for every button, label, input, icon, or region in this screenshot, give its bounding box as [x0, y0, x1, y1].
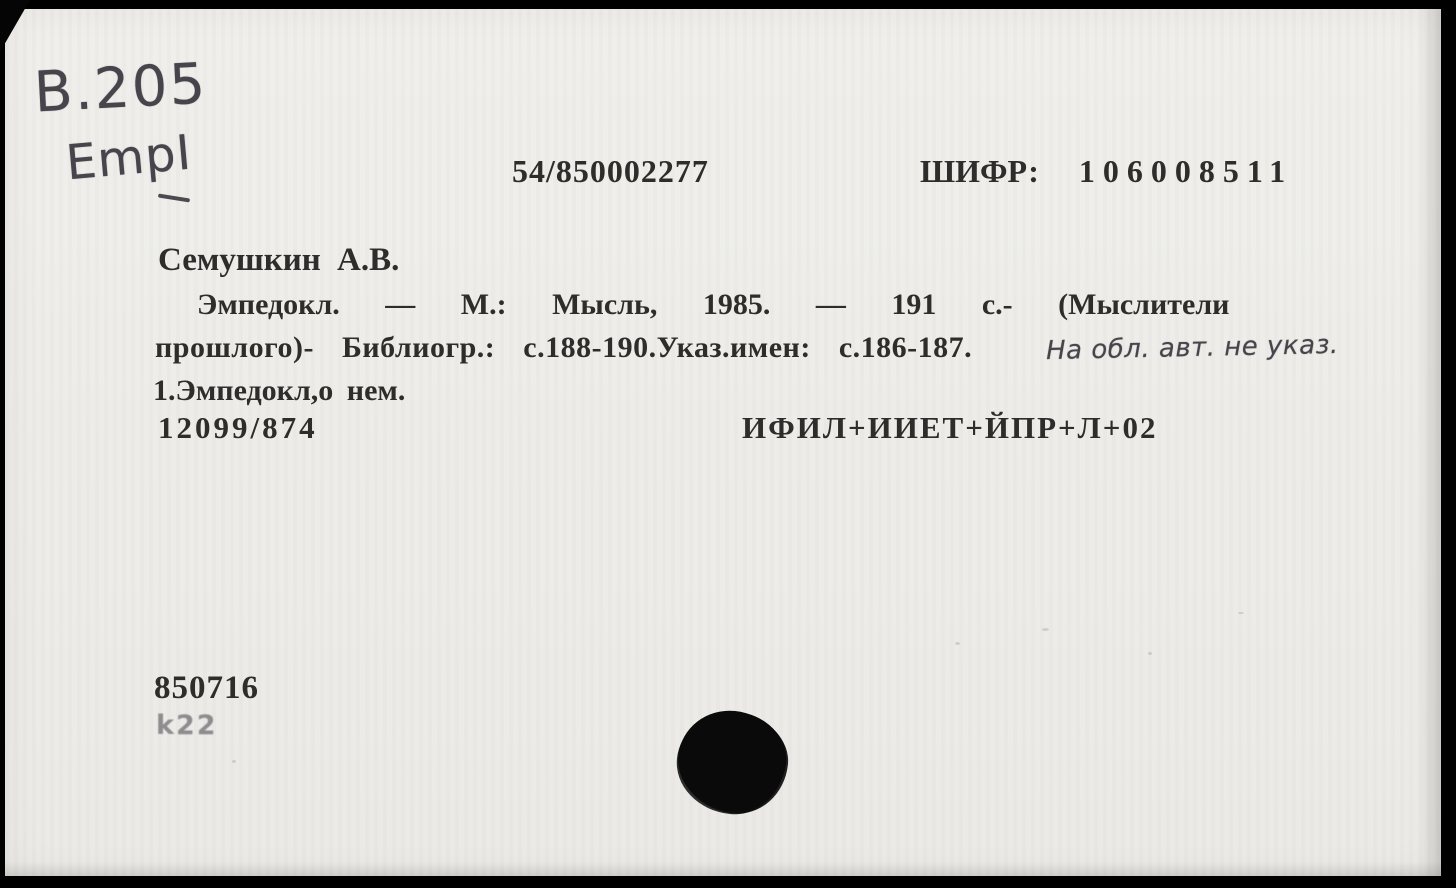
- cipher-row: ШИФР: 106008511: [920, 153, 1293, 190]
- order-number: 12099/874: [158, 410, 318, 446]
- description-line-2: прошлого)- Библиогр.: с.188-190.Указ.име…: [155, 331, 972, 365]
- author-heading: Семушкин А.В.: [158, 242, 399, 279]
- batch-code: k22: [156, 710, 218, 741]
- card-edge-shadow-bottom: [5, 862, 1441, 876]
- description-line-1: Эмпедокл. — М.: Мысль, 1985. — 191 с.- (…: [197, 288, 1229, 322]
- subject-entry: 1.Эмпедокл,о нем.: [153, 374, 405, 408]
- date-stamp: 850716: [154, 670, 259, 707]
- handwritten-shelf-mark: EmpI: [64, 125, 194, 192]
- scan-speck: [955, 642, 960, 645]
- holdings-code: ИФИЛ+ИИЕТ+ЙПР+Л+02: [742, 410, 1157, 446]
- scan-speck: [1148, 652, 1152, 655]
- cipher-label: ШИФР:: [920, 153, 1039, 190]
- cipher-value: 106008511: [1079, 153, 1293, 190]
- handwritten-call-number: В.205: [32, 52, 208, 126]
- scan-speck: [1042, 628, 1049, 631]
- card-edge-shadow-right: [1419, 9, 1441, 876]
- catalog-card-scan: В.205 EmpI 54/850002277 ШИФР: 106008511 …: [0, 0, 1456, 888]
- scan-speck: [232, 760, 236, 763]
- scan-speck: [1238, 612, 1244, 614]
- accession-number: 54/850002277: [512, 153, 709, 190]
- handwritten-cover-note: На обл. авт. не указ.: [1046, 330, 1339, 366]
